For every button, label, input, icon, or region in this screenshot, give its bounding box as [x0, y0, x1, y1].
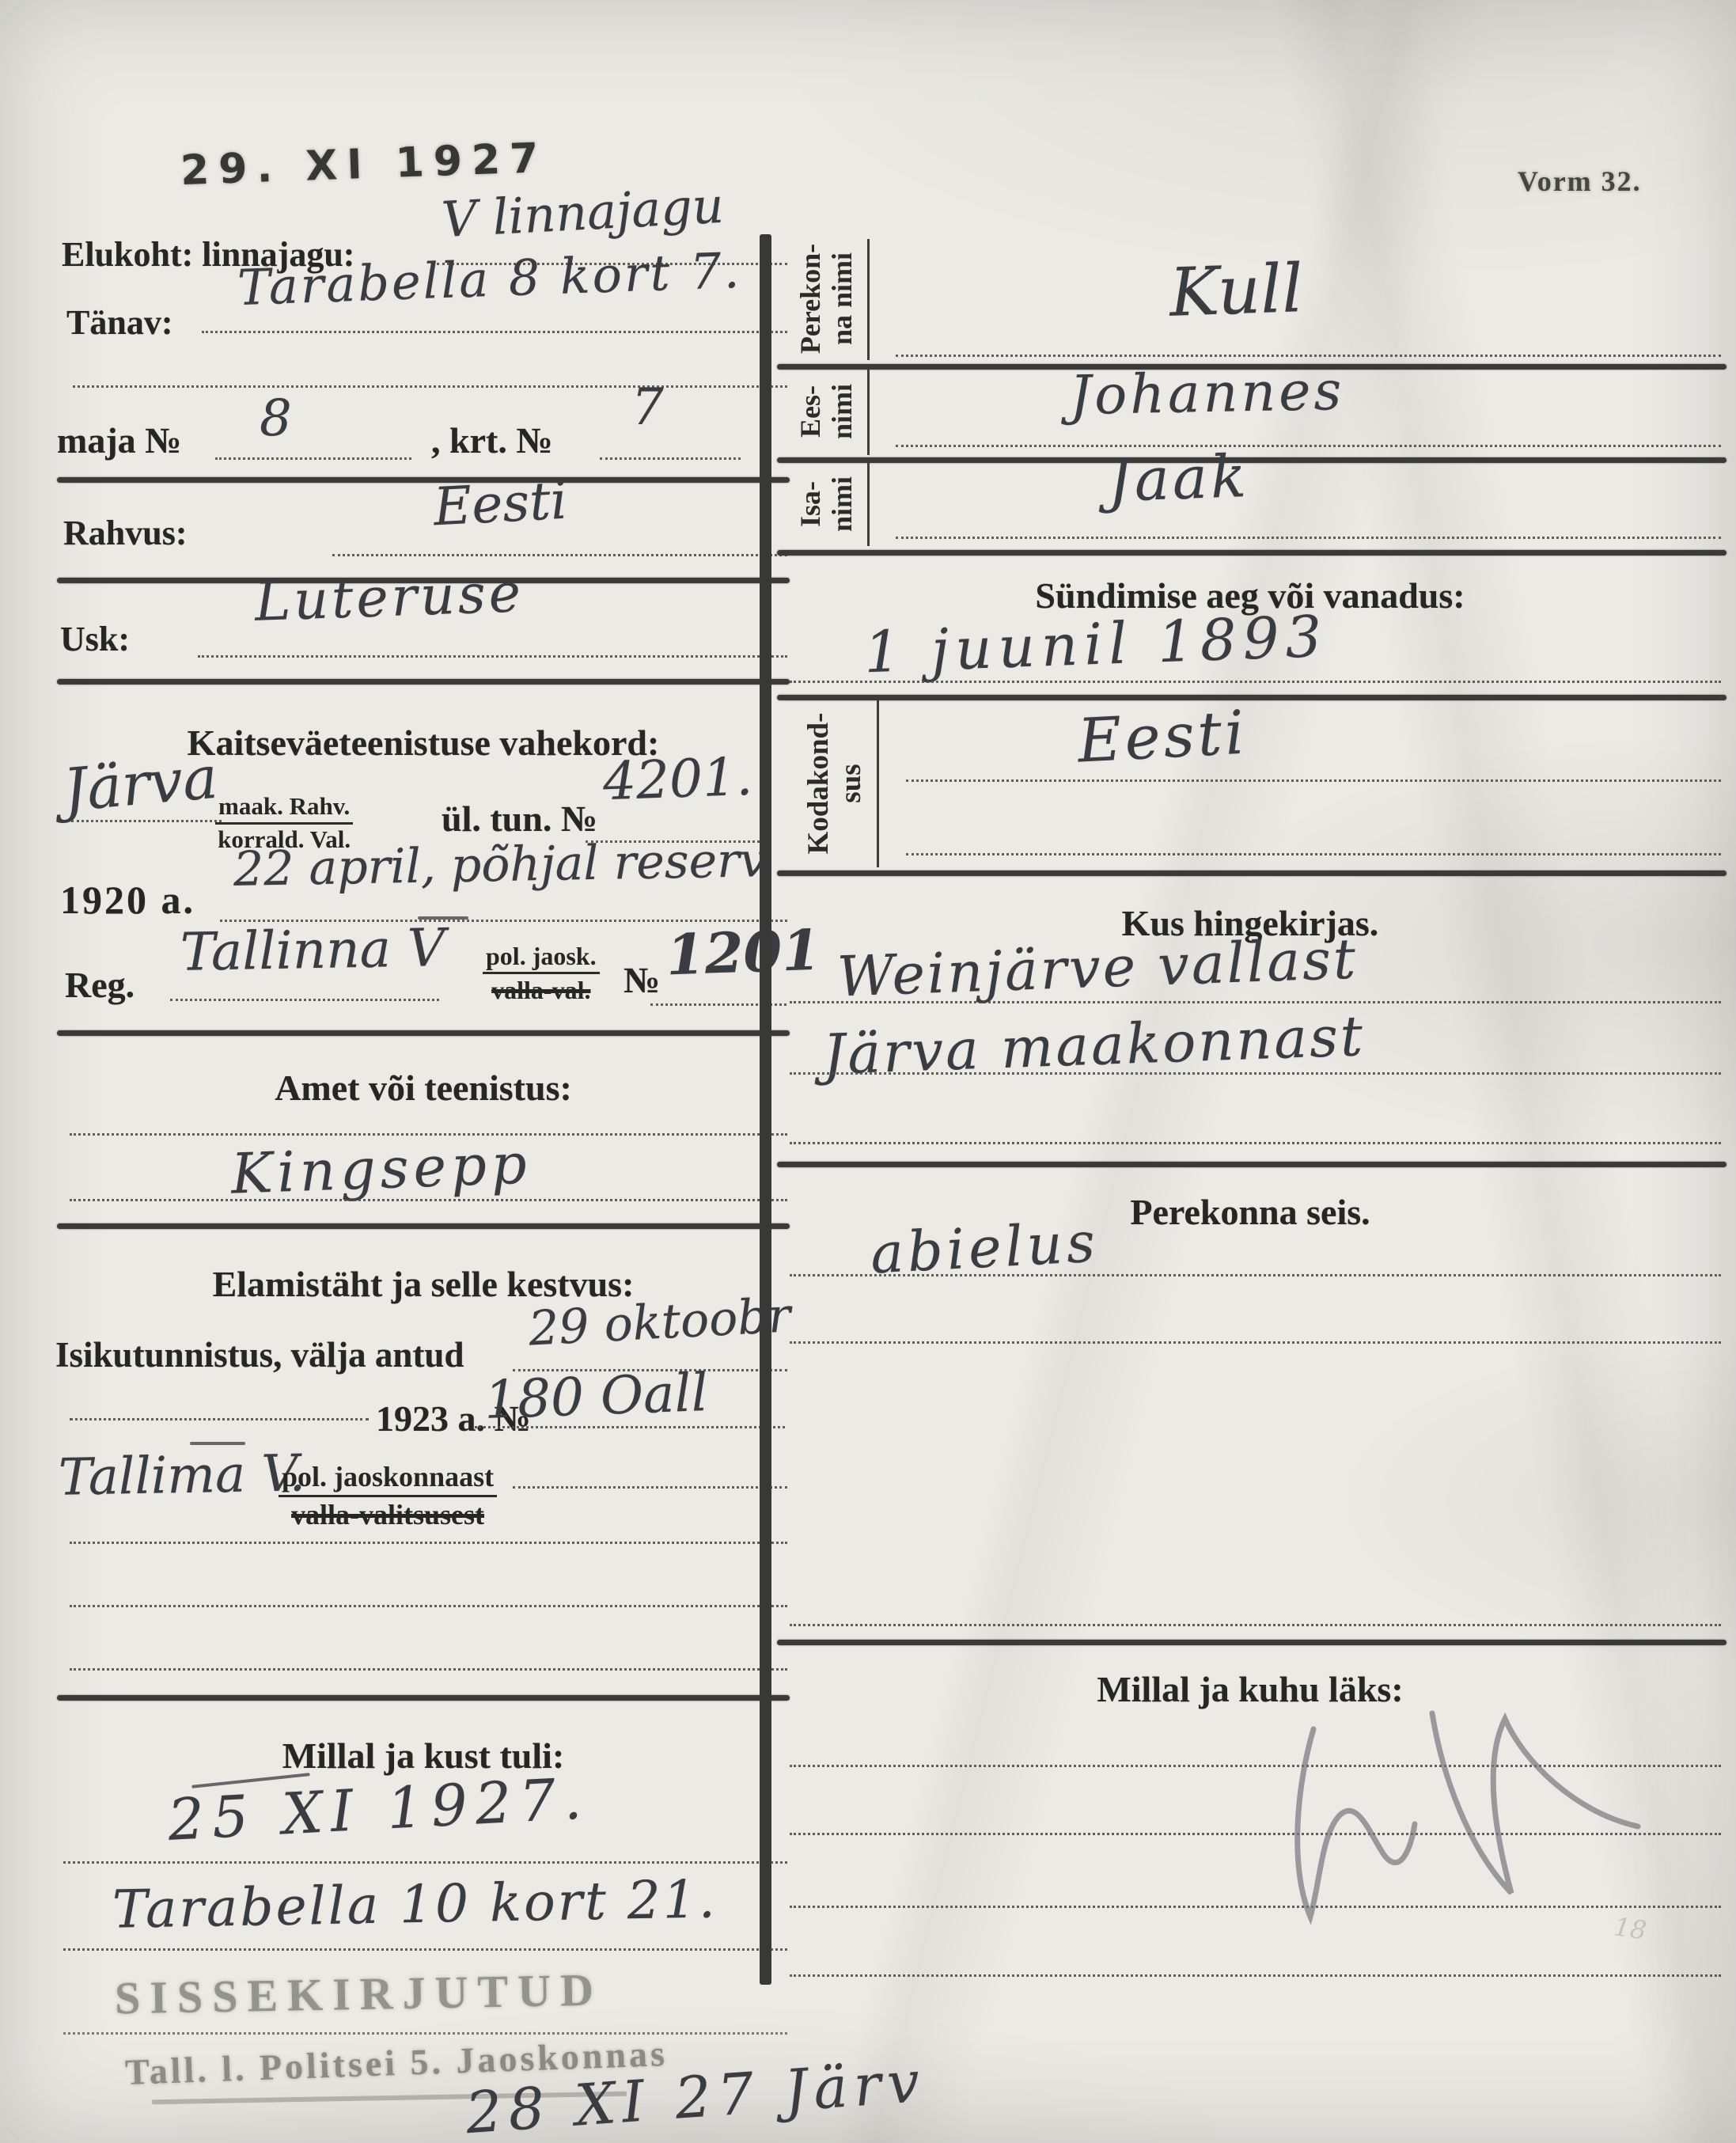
- usk-value: Luteruse: [254, 562, 525, 634]
- left-rule-5: [57, 1223, 790, 1229]
- blank-dotted-line-3: [70, 1605, 787, 1607]
- right-rule-6: [777, 1162, 1727, 1167]
- hingekirjas-dotted-2: [790, 1072, 1721, 1075]
- amet-dotted-bottom: [70, 1199, 787, 1201]
- isanimi-dotted: [896, 537, 1721, 539]
- left-rule-1: [57, 477, 790, 483]
- perekonnanimi-dotted: [896, 355, 1721, 357]
- isanimi-cell-line: [867, 462, 870, 546]
- hingekirjas-dotted-3: [790, 1142, 1721, 1144]
- blank-dotted-line-2: [70, 1542, 787, 1544]
- eesnimi-label-line1: Ees-: [794, 369, 826, 454]
- reg-office-top: pol. jaosk.: [483, 940, 600, 974]
- margin-note: 18: [1613, 1911, 1649, 1945]
- jaoskond-hand-overline: [190, 1442, 245, 1445]
- usk-label: Usk:: [60, 619, 130, 659]
- seis-dotted-1: [790, 1274, 1721, 1276]
- blank-dotted-line-1: [73, 385, 787, 388]
- isanimi-label-line1: Isa-: [794, 462, 826, 546]
- perekonnanimi-label: Perekon- na nimi: [794, 237, 859, 360]
- krt-label: , krt. №: [431, 419, 553, 461]
- sundimise-dotted: [790, 681, 1721, 683]
- reg-office-fraction: pol. jaosk. valla-val.: [483, 940, 600, 1006]
- rahvus-label: Rahvus:: [63, 513, 188, 553]
- reg-no-value: 1201: [665, 917, 822, 988]
- jaoskond-top: pol. jaoskonnaast: [279, 1459, 497, 1497]
- elukoht-value: V linnajagu: [440, 176, 725, 249]
- military-office-top: maak. Rahv.: [215, 791, 353, 825]
- hingekirjas-value-2: Järva maakonnast: [822, 1003, 1366, 1087]
- jaoskond-dotted: [513, 1486, 787, 1489]
- left-rule-6: [57, 1695, 790, 1701]
- tanav-dotted-line: [202, 331, 787, 333]
- kodakondsus-label-line2: sus: [835, 701, 867, 866]
- isikutunnistus-label: Isikutunnistus, välja antud: [55, 1334, 464, 1375]
- kodakondsus-label-line1: Kodakond-: [802, 701, 835, 866]
- millal-tuli-header: Millal ja kust tuli:: [57, 1735, 790, 1777]
- left-rule-4: [57, 1030, 790, 1036]
- tuli-date: 25 XI 1927.: [166, 1765, 591, 1853]
- krt-dotted-line: [600, 457, 741, 460]
- rahvus-value: Eesti: [432, 470, 569, 538]
- registration-card-scan: 29. XI 1927 Vorm 32. Elukoht: linnajagu:…: [0, 0, 1736, 2143]
- military-county-hand: Järva: [61, 744, 221, 825]
- rahvus-dotted-line: [332, 554, 787, 556]
- eesnimi-label: Ees- nimi: [794, 369, 859, 454]
- perekonnanimi-label-line1: Perekon-: [794, 237, 826, 360]
- tanav-label: Tänav:: [66, 302, 172, 343]
- perekonnanimi-value: Kull: [1168, 249, 1304, 332]
- column-divider-line: [760, 234, 771, 1985]
- maja-dotted-line: [215, 457, 411, 460]
- reg-value-dotted: [170, 999, 439, 1001]
- military-county-dotted: [71, 820, 222, 822]
- tuli-date-dotted: [63, 1861, 787, 1864]
- kodakondsus-cell-line: [877, 700, 879, 867]
- kodakondsus-dotted-2: [906, 853, 1721, 855]
- usk-dotted-line: [198, 655, 787, 658]
- kodakondsus-label: Kodakond- sus: [802, 701, 868, 866]
- seis-dotted-3: [790, 1624, 1721, 1626]
- date-stamp: 29. XI 1927: [180, 135, 548, 195]
- jaoskond-fraction: pol. jaoskonnaast valla-valitsusest: [279, 1459, 497, 1533]
- isanimi-value: Jaak: [1107, 442, 1251, 515]
- isanimi-label-line2: nimi: [826, 462, 858, 546]
- hingekirjas-dotted-1: [790, 1001, 1721, 1003]
- stamp-dotted-line: [63, 2032, 787, 2035]
- isanimi-label: Isa- nimi: [794, 462, 859, 546]
- tuli-address: Tarabella 10 kort 21.: [112, 1868, 718, 1940]
- eesnimi-cell-line: [867, 370, 870, 455]
- jaoskond-hand: Tallima V.: [58, 1444, 305, 1507]
- right-rule-3: [777, 550, 1727, 556]
- perekonnanimi-label-line2: na nimi: [826, 237, 858, 360]
- aasta-dotted-left: [70, 1418, 369, 1420]
- left-rule-3: [57, 679, 790, 685]
- maja-value: 8: [260, 389, 292, 448]
- reg-office-bottom-struck: valla-val.: [483, 974, 600, 1006]
- laks-dotted-4: [790, 1974, 1721, 1977]
- sissekirjutus-stamp: SISSEKIRJUTUD: [114, 1963, 603, 2025]
- ultun-value: 4201.: [602, 746, 754, 813]
- kodakondsus-dotted-1: [906, 779, 1721, 782]
- right-rule-5: [777, 870, 1727, 876]
- amet-value: Kingsepp: [230, 1131, 533, 1206]
- eesnimi-dotted: [896, 445, 1721, 447]
- military-year-label: 1920 a.: [60, 877, 195, 923]
- eesnimi-value: Johannes: [1069, 360, 1345, 427]
- ultun-label: ül. tun. №: [442, 798, 597, 840]
- jaoskond-bottom-struck: valla-valitsusest: [279, 1497, 497, 1533]
- military-year-value: 22 april, põhjal reserv: [233, 833, 767, 897]
- right-rule-4: [777, 695, 1727, 700]
- reg-value-overline: [418, 916, 468, 920]
- eesnimi-label-line2: nimi: [826, 369, 858, 454]
- amet-header: Amet või teenistus:: [57, 1067, 790, 1109]
- krt-value: 7: [631, 378, 664, 437]
- maja-label: maja №: [57, 419, 181, 461]
- kodakondsus-value: Eesti: [1076, 696, 1249, 776]
- right-rule-7: [777, 1640, 1727, 1645]
- perekonnanimi-cell-line: [867, 239, 870, 360]
- reg-no-label: №: [624, 959, 660, 1001]
- form-number-label: Vorm 32.: [1518, 165, 1642, 198]
- reg-value: Tallinna V: [180, 917, 445, 983]
- pencil-signature-scrawl: [1163, 1686, 1670, 1939]
- seis-dotted-2: [790, 1341, 1721, 1344]
- reg-label: Reg.: [65, 964, 135, 1006]
- blank-dotted-line-4: [70, 1668, 787, 1671]
- right-rule-2: [777, 457, 1727, 463]
- aasta-dotted-right: [475, 1426, 785, 1428]
- tuli-address-dotted: [63, 1948, 787, 1951]
- aasta-value: 180 Oall: [483, 1362, 709, 1431]
